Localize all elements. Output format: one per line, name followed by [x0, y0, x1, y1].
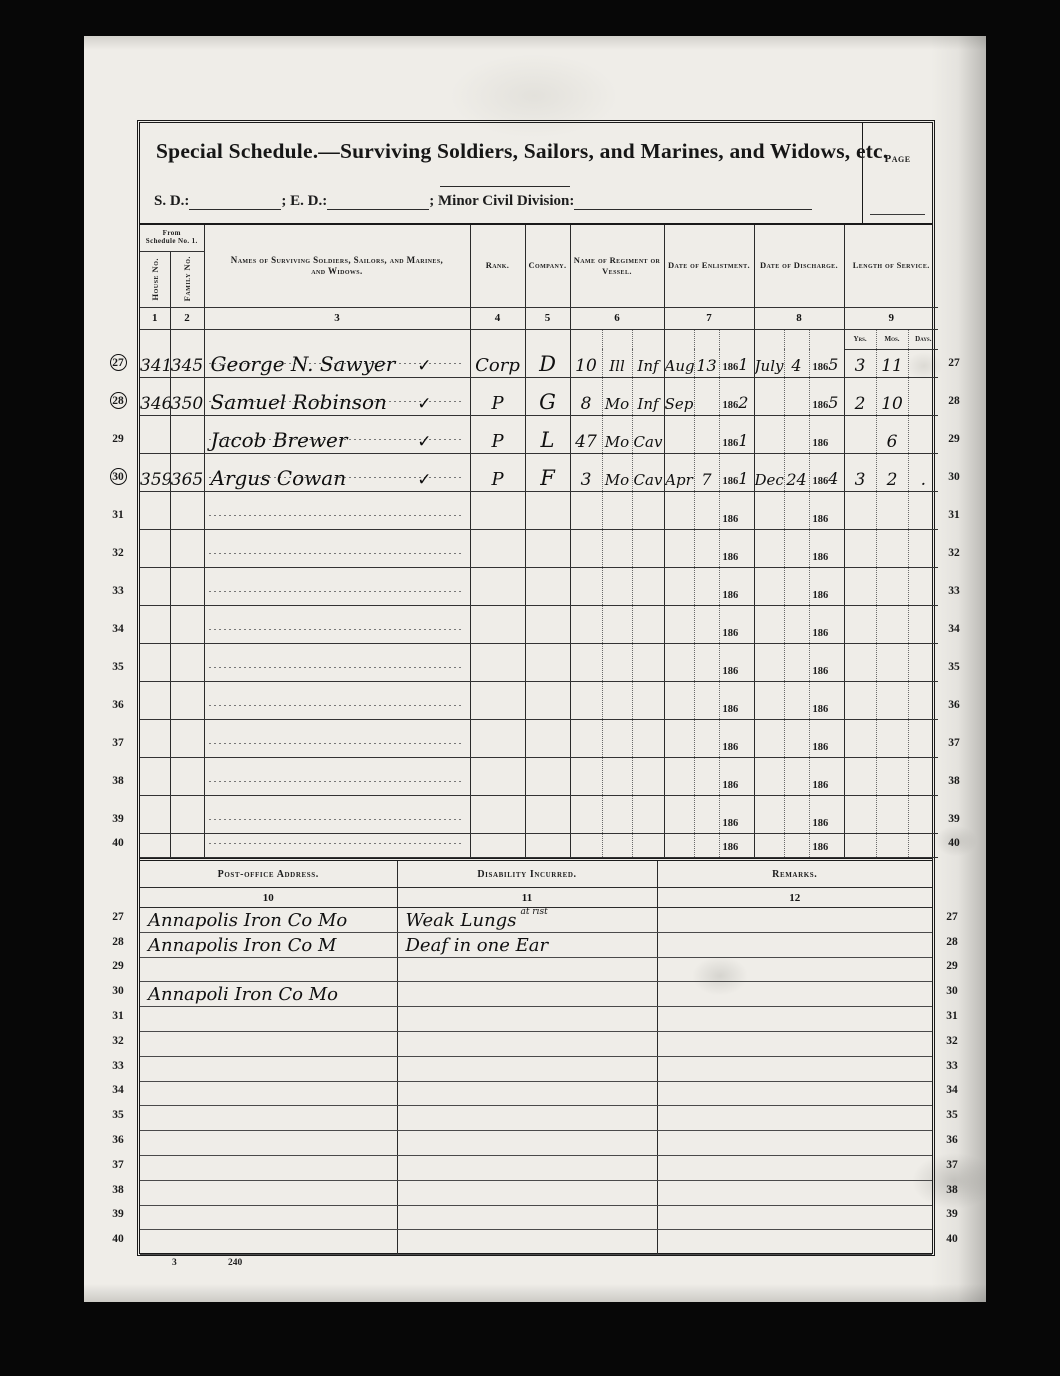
row-number-30: 30: [103, 466, 133, 488]
col-number-2: 2: [170, 307, 204, 329]
district-line: S. D.:; E. D.:; Minor Civil Division:: [154, 193, 812, 210]
sd-label: S. D.:: [154, 193, 189, 209]
enlist-day-cell: [694, 681, 719, 719]
regiment-number-cell: [570, 529, 602, 567]
remarks-cell: [657, 1106, 932, 1131]
enlist-day-cell: [694, 605, 719, 643]
company-cell: [525, 529, 570, 567]
service-months-cell: [876, 529, 908, 567]
main-table: From Schedule No. 1. Names of Surviving …: [140, 225, 938, 858]
bottom-table: Post-office Address. Disability Incurred…: [140, 858, 932, 1255]
enlist-year-cell: 186: [719, 643, 754, 681]
yrs-subheader: Yrs.: [844, 329, 876, 349]
service-days-cell: [908, 833, 938, 857]
discharge-month-cell: [754, 719, 784, 757]
ed-blank: [327, 195, 429, 210]
enlist-day-cell: [694, 567, 719, 605]
discharge-day-cell: [784, 643, 809, 681]
row-number-39: 39: [103, 808, 133, 830]
name-cell: [204, 795, 470, 833]
service-years-cell: [844, 795, 876, 833]
name-cell: [204, 757, 470, 795]
rank-header: Rank.: [470, 225, 525, 307]
regiment-number-cell: [570, 719, 602, 757]
discharge-day-cell: [784, 415, 809, 453]
enlist-month-cell: [664, 795, 694, 833]
service-years-cell: 3: [844, 453, 876, 491]
bottom-table-row: [140, 1205, 932, 1230]
disability-cell: [397, 1007, 657, 1032]
scanned-census-page: Special Schedule.—Surviving Soldiers, Sa…: [0, 0, 1060, 1376]
discharge-month-cell: [754, 377, 784, 415]
enlist-year-cell: 1862: [719, 377, 754, 415]
regiment-type-cell: Inf: [632, 329, 664, 377]
page-number-box: Page: [862, 123, 932, 223]
discharge-day-cell: [784, 681, 809, 719]
enlist-month-cell: [664, 491, 694, 529]
rank-cell: [470, 643, 525, 681]
house-cell: 359: [140, 453, 170, 491]
company-header: Company.: [525, 225, 570, 307]
remarks-cell: [657, 1131, 932, 1156]
service-days-cell: [908, 377, 938, 415]
rank-cell: [470, 605, 525, 643]
company-cell: D: [525, 329, 570, 377]
enlist-month-cell: [664, 719, 694, 757]
row-number-30: 30: [937, 980, 967, 1002]
rank-cell: Corp: [470, 329, 525, 377]
regiment-state-cell: [602, 491, 632, 529]
regiment-header: Name of Regiment or Vessel.: [570, 225, 664, 307]
row-number-33: 33: [939, 580, 969, 602]
house-cell: [140, 643, 170, 681]
regiment-type-cell: [632, 833, 664, 857]
disability-cell: [397, 982, 657, 1007]
remarks-cell: [657, 1230, 932, 1255]
col-number-8: 8: [754, 307, 844, 329]
row-number-37: 37: [939, 732, 969, 754]
col-number-1: 1: [140, 307, 170, 329]
discharge-day-cell: [784, 529, 809, 567]
remarks-cell: [657, 1056, 932, 1081]
discharge-month-cell: [754, 491, 784, 529]
page-label: Page: [863, 153, 932, 165]
rank-cell: [470, 833, 525, 857]
disability-cell: [397, 1031, 657, 1056]
bottom-table-row: [140, 1081, 932, 1106]
rank-cell: P: [470, 377, 525, 415]
table-row: 186186: [140, 491, 938, 529]
company-cell: [525, 757, 570, 795]
press-mark-left: 3: [172, 1258, 177, 1268]
house-no-header: House No.: [140, 251, 170, 307]
discharge-day-cell: [784, 719, 809, 757]
house-cell: [140, 529, 170, 567]
discharge-year-cell: 186: [809, 795, 844, 833]
row-number-36: 36: [103, 694, 133, 716]
regiment-state-cell: [602, 529, 632, 567]
address-cell: [140, 1081, 397, 1106]
names-header: Names of Surviving Soldiers, Sailors, an…: [204, 225, 470, 307]
row-number-34: 34: [103, 1079, 133, 1101]
service-days-cell: [908, 719, 938, 757]
service-days-cell: [908, 681, 938, 719]
family-cell: [170, 643, 204, 681]
enlist-day-cell: [694, 491, 719, 529]
house-cell: [140, 833, 170, 857]
row-number-40: 40: [939, 832, 969, 854]
regiment-number-cell: [570, 681, 602, 719]
family-cell: [170, 529, 204, 567]
row-number-36: 36: [937, 1129, 967, 1151]
service-years-cell: 3: [844, 349, 876, 377]
row-number-28: 28: [939, 390, 969, 412]
enlist-month-cell: [664, 605, 694, 643]
name-cell: [204, 681, 470, 719]
regiment-type-cell: [632, 605, 664, 643]
enlist-month-cell: Apr: [664, 453, 694, 491]
row-number-33: 33: [103, 1055, 133, 1077]
service-years-cell: [844, 415, 876, 453]
enlist-month-cell: [664, 643, 694, 681]
row-number-27: 27: [103, 906, 133, 928]
regiment-number-cell: [570, 833, 602, 857]
remarks-header: Remarks.: [657, 860, 932, 888]
enlist-day-cell: [694, 377, 719, 415]
discharge-year-cell: 186: [809, 491, 844, 529]
regiment-type-cell: [632, 643, 664, 681]
regiment-type-cell: Inf: [632, 377, 664, 415]
enlist-day-cell: [694, 719, 719, 757]
remarks-cell: [657, 957, 932, 982]
service-months-cell: [876, 605, 908, 643]
disability-cell: Weak LungsEnlargement of hand at rist: [397, 908, 657, 933]
discharge-year-cell: 186: [809, 833, 844, 857]
regiment-number-cell: 3: [570, 453, 602, 491]
discharge-year-cell: 186: [809, 415, 844, 453]
regiment-type-cell: [632, 757, 664, 795]
address-cell: [140, 1007, 397, 1032]
enlist-year-cell: 186: [719, 795, 754, 833]
enlist-day-cell: [694, 833, 719, 857]
row-number-29: 29: [939, 428, 969, 450]
row-number-31: 31: [103, 504, 133, 526]
press-mark-right: 240: [228, 1258, 242, 1268]
service-days-cell: [908, 605, 938, 643]
house-cell: [140, 567, 170, 605]
enlist-month-cell: Sep: [664, 377, 694, 415]
service-years-cell: [844, 757, 876, 795]
company-cell: [525, 605, 570, 643]
regiment-number-cell: [570, 643, 602, 681]
service-years-cell: [844, 491, 876, 529]
mcd-label: ; Minor Civil Division:: [429, 193, 574, 209]
service-years-cell: [844, 567, 876, 605]
service-days-cell: .: [908, 453, 938, 491]
address-cell: [140, 1131, 397, 1156]
row-number-40: 40: [937, 1228, 967, 1250]
discharge-year-cell: 186: [809, 605, 844, 643]
family-cell: [170, 757, 204, 795]
regiment-state-cell: [602, 833, 632, 857]
name-cell: Jacob Brewer✓: [204, 415, 470, 453]
service-days-cell: [908, 757, 938, 795]
remarks-cell: [657, 908, 932, 933]
discharge-month-cell: [754, 681, 784, 719]
service-days-cell: [908, 567, 938, 605]
bottom-table-row: Annapolis Iron Co MDeaf in one Ear: [140, 932, 932, 957]
service-months-cell: 11: [876, 349, 908, 377]
row-number-28: 28: [103, 390, 133, 412]
enlist-year-cell: 186: [719, 567, 754, 605]
enlist-year-cell: 186: [719, 529, 754, 567]
discharge-month-cell: [754, 567, 784, 605]
house-cell: [140, 795, 170, 833]
family-cell: [170, 719, 204, 757]
regiment-state-cell: [602, 643, 632, 681]
house-cell: [140, 719, 170, 757]
from-schedule-header: From Schedule No. 1.: [140, 225, 204, 251]
table-row: 346350Samuel Robinson✓PG8MoInfSep1862186…: [140, 377, 938, 415]
service-months-cell: [876, 567, 908, 605]
row-number-39: 39: [939, 808, 969, 830]
row-number-35: 35: [103, 656, 133, 678]
column-numbers-row: 1 2 3 4 5 6 7 8 9: [140, 307, 938, 329]
regiment-number-cell: [570, 605, 602, 643]
bottom-table-row: [140, 1031, 932, 1056]
enlist-day-cell: [694, 643, 719, 681]
service-years-cell: 2: [844, 377, 876, 415]
rank-cell: [470, 529, 525, 567]
disability-note: Enlargement of hand at rist: [520, 908, 620, 917]
discharge-year-cell: 186: [809, 567, 844, 605]
row-number-32: 32: [103, 542, 133, 564]
regiment-type-cell: [632, 719, 664, 757]
service-days-cell: [908, 491, 938, 529]
mos-subheader: Mos.: [876, 329, 908, 349]
discharge-month-cell: July: [754, 329, 784, 377]
row-number-38: 38: [103, 770, 133, 792]
row-number-31: 31: [937, 1005, 967, 1027]
discharge-day-cell: 24: [784, 453, 809, 491]
regiment-state-cell: [602, 567, 632, 605]
disability-cell: [397, 1106, 657, 1131]
form-title: Special Schedule.—Surviving Soldiers, Sa…: [156, 139, 856, 164]
discharge-day-cell: [784, 757, 809, 795]
service-months-cell: 6: [876, 415, 908, 453]
discharge-day-cell: [784, 377, 809, 415]
rank-cell: [470, 719, 525, 757]
service-months-cell: [876, 757, 908, 795]
house-cell: [140, 415, 170, 453]
regiment-state-cell: [602, 605, 632, 643]
bottom-table-row: [140, 957, 932, 982]
address-header: Post-office Address.: [140, 860, 397, 888]
remarks-cell: [657, 1007, 932, 1032]
discharge-month-cell: [754, 833, 784, 857]
address-cell: [140, 1205, 397, 1230]
row-number-37: 37: [103, 1154, 133, 1176]
discharge-month-cell: [754, 795, 784, 833]
regiment-number-cell: 47: [570, 415, 602, 453]
table-row: 186186: [140, 681, 938, 719]
address-cell: [140, 1031, 397, 1056]
row-number-29: 29: [103, 428, 133, 450]
address-cell: Annapolis Iron Co Mo: [140, 908, 397, 933]
service-years-cell: [844, 681, 876, 719]
disability-cell: [397, 1155, 657, 1180]
company-cell: [525, 491, 570, 529]
discharge-month-cell: [754, 415, 784, 453]
enlist-year-cell: 186: [719, 719, 754, 757]
row-number-40: 40: [103, 1228, 133, 1250]
disability-cell: [397, 1081, 657, 1106]
company-cell: [525, 795, 570, 833]
row-number-31: 31: [103, 1005, 133, 1027]
family-no-header: Family No.: [170, 251, 204, 307]
col-number-7: 7: [664, 307, 754, 329]
table-row: 186186: [140, 529, 938, 567]
row-number-27: 27: [939, 352, 969, 374]
remarks-cell: [657, 1205, 932, 1230]
row-number-35: 35: [937, 1104, 967, 1126]
row-number-30: 30: [939, 466, 969, 488]
row-number-38: 38: [937, 1179, 967, 1201]
discharge-day-cell: 4: [784, 329, 809, 377]
enlistment-header: Date of Enlistment.: [664, 225, 754, 307]
house-cell: [140, 681, 170, 719]
table-row: 186186: [140, 567, 938, 605]
disability-cell: [397, 1131, 657, 1156]
regiment-state-cell: [602, 757, 632, 795]
table-row: 186186: [140, 643, 938, 681]
family-cell: [170, 681, 204, 719]
enlist-day-cell: 13: [694, 329, 719, 377]
service-months-cell: [876, 643, 908, 681]
enlist-month-cell: [664, 757, 694, 795]
company-cell: [525, 643, 570, 681]
table-row: 186186: [140, 757, 938, 795]
regiment-type-cell: [632, 491, 664, 529]
bottom-table-row: Annapolis Iron Co MoWeak LungsEnlargemen…: [140, 908, 932, 933]
row-number-33: 33: [103, 580, 133, 602]
days-subheader: Days.: [908, 329, 938, 349]
service-months-cell: 10: [876, 377, 908, 415]
service-months-cell: [876, 833, 908, 857]
bottom-table-row: [140, 1180, 932, 1205]
discharge-year-cell: 1865: [809, 329, 844, 377]
enlist-day-cell: [694, 415, 719, 453]
rank-cell: [470, 757, 525, 795]
service-months-cell: [876, 795, 908, 833]
rank-cell: P: [470, 453, 525, 491]
address-cell: Annapolis Iron Co M: [140, 932, 397, 957]
rank-cell: [470, 681, 525, 719]
regiment-type-cell: Cav: [632, 453, 664, 491]
remarks-cell: [657, 1081, 932, 1106]
name-cell: [204, 491, 470, 529]
address-cell: Annapoli Iron Co Mo: [140, 982, 397, 1007]
form-border-box: Special Schedule.—Surviving Soldiers, Sa…: [137, 120, 935, 1256]
house-cell: 341: [140, 329, 170, 377]
row-number-40: 40: [103, 832, 133, 854]
regiment-type-cell: Cav: [632, 415, 664, 453]
service-days-cell: [908, 795, 938, 833]
enlist-year-cell: 1861: [719, 415, 754, 453]
disability-cell: [397, 1056, 657, 1081]
rank-cell: [470, 491, 525, 529]
company-cell: L: [525, 415, 570, 453]
bottom-table-row: [140, 1131, 932, 1156]
row-number-34: 34: [103, 618, 133, 640]
sd-blank: [189, 195, 281, 210]
regiment-state-cell: Mo: [602, 377, 632, 415]
company-cell: [525, 681, 570, 719]
regiment-state-cell: [602, 681, 632, 719]
name-cell: [204, 529, 470, 567]
regiment-number-cell: [570, 567, 602, 605]
col-number-6: 6: [570, 307, 664, 329]
discharge-day-cell: [784, 491, 809, 529]
row-number-28: 28: [103, 931, 133, 953]
service-months-cell: [876, 491, 908, 529]
disability-cell: [397, 1230, 657, 1255]
enlist-day-cell: [694, 757, 719, 795]
regiment-type-cell: [632, 567, 664, 605]
service-months-cell: [876, 681, 908, 719]
service-years-cell: [844, 833, 876, 857]
enlist-year-cell: 186: [719, 681, 754, 719]
regiment-state-cell: Mo: [602, 415, 632, 453]
house-cell: 346: [140, 377, 170, 415]
row-number-35: 35: [939, 656, 969, 678]
name-cell: [204, 719, 470, 757]
page-number-blank: [870, 214, 925, 215]
discharge-year-cell: 1864: [809, 453, 844, 491]
regiment-number-cell: [570, 757, 602, 795]
remarks-cell: [657, 1180, 932, 1205]
company-cell: F: [525, 453, 570, 491]
discharge-month-cell: [754, 605, 784, 643]
row-number-39: 39: [937, 1203, 967, 1225]
service-years-cell: [844, 643, 876, 681]
address-cell: [140, 1106, 397, 1131]
row-number-35: 35: [103, 1104, 133, 1126]
row-number-32: 32: [937, 1030, 967, 1052]
discharge-year-cell: 186: [809, 719, 844, 757]
house-cell: [140, 757, 170, 795]
discharge-month-cell: [754, 643, 784, 681]
row-number-36: 36: [939, 694, 969, 716]
disability-header: Disability Incurred.: [397, 860, 657, 888]
discharge-month-cell: [754, 529, 784, 567]
service-years-cell: [844, 719, 876, 757]
row-number-27: 27: [937, 906, 967, 928]
family-cell: 345: [170, 329, 204, 377]
regiment-number-cell: [570, 491, 602, 529]
discharge-year-cell: 1865: [809, 377, 844, 415]
address-cell: [140, 1056, 397, 1081]
family-cell: [170, 415, 204, 453]
discharge-day-cell: [784, 605, 809, 643]
row-number-27: 27: [103, 352, 133, 374]
bottom-table-row: Annapoli Iron Co Mo: [140, 982, 932, 1007]
bottom-table-row: [140, 1056, 932, 1081]
bottom-table-row: [140, 1155, 932, 1180]
remarks-cell: [657, 932, 932, 957]
enlist-day-cell: [694, 529, 719, 567]
disability-cell: Deaf in one Ear: [397, 932, 657, 957]
